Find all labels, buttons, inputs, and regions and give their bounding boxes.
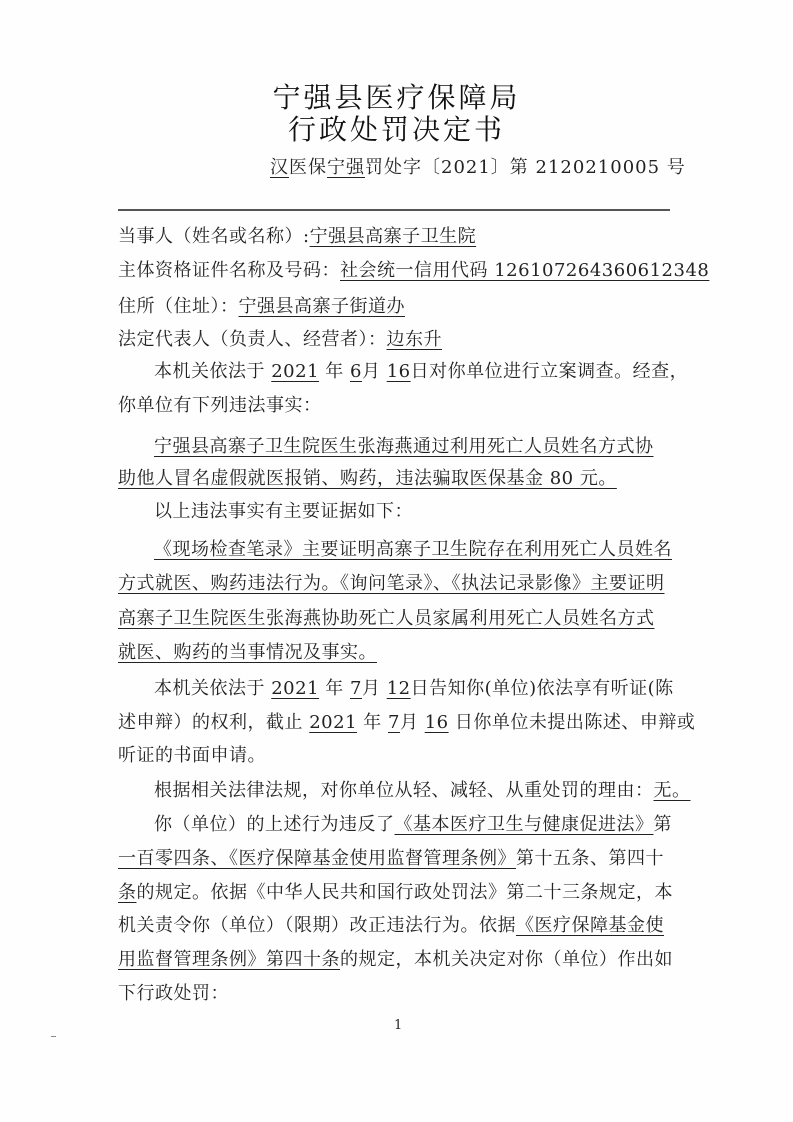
party-rep-line: 法定代表人（负责人、经营者）：边东升 [118,328,678,352]
text: 月 [362,678,387,699]
text: 根据相关法律法规，对你单位从轻、减轻、从重处罚的理由： [154,780,654,801]
notice-day: 12 [387,678,411,699]
evidence-text: 《现场检查笔录》主要证明高寨子卫生院存在利用死亡人员姓名 [154,539,672,560]
text: 第十五条、第四十 [516,848,664,869]
violation-line-2: 一百零四条、《医疗保障基金使用监督管理条例》第十五条、第四十 [118,847,678,871]
facts-text: 宁强县高寨子卫生院医生张海燕通过利用死亡人员姓名方式协 [154,436,654,457]
evidence-line-1: 《现场检查笔录》主要证明高寨子卫生院存在利用死亡人员姓名 [154,538,678,562]
text: 本机关依法于 [154,361,271,382]
party-cert-line: 主体资格证件名称及号码：社会统一信用代码 126107264360612348 [118,259,678,283]
evidence-intro: 以上违法事实有主要证据如下： [154,500,678,524]
text: 日你单位未提出陈述、申辩或 [449,712,696,733]
text: 你（单位）的上述行为违反了 [154,814,395,835]
investigation-year: 2021 [271,361,319,382]
party-cert-value: 社会统一信用代码 126107264360612348 [340,260,709,281]
party-name-label: 当事人（姓名或名称）: [118,226,310,247]
notice-year: 2021 [271,678,319,699]
investigation-month: 6 [350,361,362,382]
facts-text: 助他人冒名虚假就医报销、购药，违法骗取医保基金 80 元。 [118,468,617,489]
text: 机关责令你（单位）（限期）改正违法行为。依据 [118,915,516,936]
notice-line-1: 本机关依法于 2021 年 7月 12日告知你(单位)依法享有听证(陈 [154,677,678,701]
law-reference: 条 [118,882,137,903]
violation-line-5: 用监督管理条例》第四十条的规定，本机关决定对你（单位）作出如 [118,948,678,972]
violation-line-6: 下行政处罚： [118,982,678,1006]
evidence-text: 方式就医、购药违法行为。《询问笔录》、《执法记录影像》主要证明 [118,573,665,594]
party-name-line: 当事人（姓名或名称）:宁强县高寨子卫生院 [118,225,678,249]
evidence-text: 高寨子卫生院医生张海燕协助死亡人员家属利用死亡人员姓名方式 [118,608,655,629]
evidence-text: 就医、购药的当事情况及事实。 [118,642,377,663]
reason-value: 无。 [654,780,691,801]
violation-line-4: 机关责令你（单位）（限期）改正违法行为。依据《医疗保障基金使 [118,914,678,938]
doc-number-suffix: 罚处字〔2021〕第 2120210005 号 [365,157,686,178]
notice-line-3: 听证的书面申请。 [118,744,678,768]
reason-line: 根据相关法律法规，对你单位从轻、减轻、从重处罚的理由：无。 [154,779,678,803]
violation-line-3: 条的规定。依据《中华人民共和国行政处罚法》第二十三条规定，本 [118,881,678,905]
deadline-year: 2021 [309,712,357,733]
evidence-line-2: 方式就医、购药违法行为。《询问笔录》、《执法记录影像》主要证明 [118,572,678,596]
text: 的规定，本机关决定对你（单位）作出如 [340,949,673,970]
facts-line-2: 助他人冒名虚假就医报销、购药，违法骗取医保基金 80 元。 [118,467,678,491]
text: 年 [319,678,350,699]
document-type-title: 行政处罚决定书 [0,114,793,146]
scan-artifact [51,1036,56,1037]
law-reference: 一百零四条、《医疗保障基金使用监督管理条例》 [118,848,516,869]
investigation-line-1: 本机关依法于 2021 年 6月 16日对你单位进行立案调查。经查， [154,360,678,384]
evidence-line-3: 高寨子卫生院医生张海燕协助死亡人员家属利用死亡人员姓名方式 [118,607,678,631]
text: 述申辩）的权利，截止 [118,712,309,733]
doc-number-county: 宁强 [327,157,365,178]
investigation-day: 16 [387,361,411,382]
text: 日对你单位进行立案调查。经查， [411,361,689,382]
document-page: 宁强县医疗保障局 行政处罚决定书 汉医保宁强罚处字〔2021〕第 2120210… [0,0,793,1122]
issuing-authority-title: 宁强县医疗保障局 [0,82,793,114]
investigation-line-2: 你单位有下列违法事实： [118,394,678,418]
law-reference: 用监督管理条例》第四十条 [118,949,340,970]
evidence-line-4: 就医、购药的当事情况及事实。 [118,641,678,665]
party-name-value: 宁强县高寨子卫生院 [310,226,477,247]
text: 月 [400,712,425,733]
text: 的规定。依据《中华人民共和国行政处罚法》第二十三条规定，本 [137,882,674,903]
text: 本机关依法于 [154,678,271,699]
text: 月 [362,361,387,382]
text: 日告知你(单位)依法享有听证(陈 [411,678,674,699]
doc-number-prefix: 汉 [270,157,289,178]
page-number: 1 [394,1018,402,1033]
facts-line-1: 宁强县高寨子卫生院医生张海燕通过利用死亡人员姓名方式协 [154,435,678,459]
deadline-day: 16 [425,712,449,733]
notice-month: 7 [350,678,362,699]
party-address-value: 宁强县高寨子街道办 [239,296,406,317]
party-rep-value: 边东升 [387,329,443,350]
header-divider [118,209,670,211]
deadline-month: 7 [388,712,400,733]
notice-line-2: 述申辩）的权利，截止 2021 年 7月 16 日你单位未提出陈述、申辩或 [118,711,678,735]
party-address-label: 住所（住址）： [118,296,239,317]
text: 第 [654,814,673,835]
party-cert-label: 主体资格证件名称及号码： [118,260,340,281]
law-reference: 《医疗保障基金使 [516,915,664,936]
document-number: 汉医保宁强罚处字〔2021〕第 2120210005 号 [270,156,686,180]
text: 年 [357,712,388,733]
doc-number-part: 医保 [289,157,327,178]
text: 年 [319,361,350,382]
party-rep-label: 法定代表人（负责人、经营者）： [118,329,387,350]
violation-line-1: 你（单位）的上述行为违反了《基本医疗卫生与健康促进法》第 [154,813,678,837]
law-reference: 《基本医疗卫生与健康促进法》 [395,814,654,835]
party-address-line: 住所（住址）：宁强县高寨子街道办 [118,295,678,319]
